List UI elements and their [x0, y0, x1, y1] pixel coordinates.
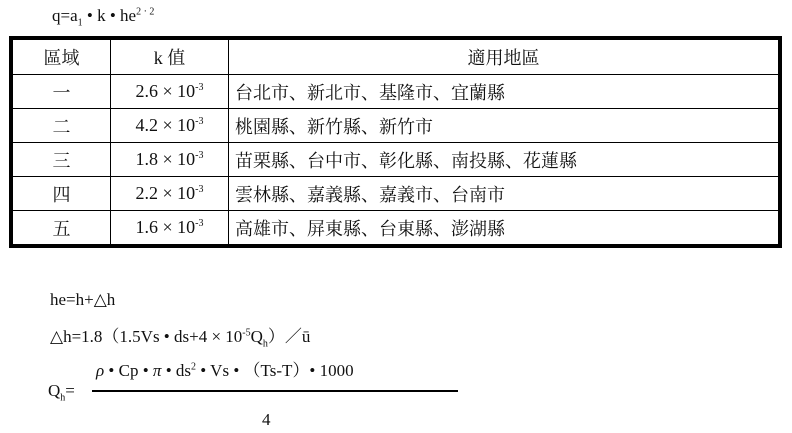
k-mantissa: 4.2 × 10: [136, 115, 196, 135]
cell-areas: 雲林縣、嘉義縣、嘉義市、台南市: [229, 177, 781, 211]
formula-qh-lhs: Qh=: [48, 381, 75, 401]
header-k-value: k 值: [111, 38, 229, 75]
k-mantissa: 2.2 × 10: [136, 183, 196, 203]
formula-q-rest: • k • he: [83, 6, 136, 25]
formula-dh-exponent: -5: [242, 327, 250, 338]
rho-symbol: ρ: [96, 361, 104, 380]
k-exponent: -3: [195, 150, 203, 161]
qh-equals: =: [65, 381, 75, 400]
k-exponent: -3: [195, 82, 203, 93]
cell-areas: 台北市、新北市、基隆市、宜蘭縣: [229, 75, 781, 109]
formula-q: q=a1 • k • he2 · 2: [52, 6, 154, 26]
table-row: 四 2.2 × 10-3 雲林縣、嘉義縣、嘉義市、台南市: [11, 177, 780, 211]
header-region: 區域: [11, 38, 111, 75]
cell-areas: 苗栗縣、台中市、彰化縣、南投縣、花蓮縣: [229, 143, 781, 177]
cell-k-value: 2.2 × 10-3: [111, 177, 229, 211]
table-row: 三 1.8 × 10-3 苗栗縣、台中市、彰化縣、南投縣、花蓮縣: [11, 143, 780, 177]
formula-q-exponent: 2 · 2: [136, 6, 154, 17]
cell-region: 四: [11, 177, 111, 211]
numerator-part-c: • Vs • （Ts-T）• 1000: [196, 361, 354, 380]
cell-region: 一: [11, 75, 111, 109]
formula-dh-q: Q: [251, 327, 263, 346]
k-exponent: -3: [195, 184, 203, 195]
header-areas: 適用地區: [229, 38, 781, 75]
formula-dh-part3: ）／ū: [268, 327, 311, 346]
k-exponent: -3: [195, 218, 203, 229]
cell-region: 五: [11, 211, 111, 247]
formula-he: he=h+△h: [50, 290, 115, 310]
cell-region: 三: [11, 143, 111, 177]
cell-k-value: 4.2 × 10-3: [111, 109, 229, 143]
qh-symbol: Q: [48, 381, 60, 400]
table-row: 一 2.6 × 10-3 台北市、新北市、基隆市、宜蘭縣: [11, 75, 780, 109]
cell-region: 二: [11, 109, 111, 143]
cell-areas: 桃園縣、新竹縣、新竹市: [229, 109, 781, 143]
k-value-table: 區域 k 值 適用地區 一 2.6 × 10-3 台北市、新北市、基隆市、宜蘭縣…: [9, 36, 782, 248]
fraction-line: [92, 390, 458, 392]
formula-qh-denominator: 4: [262, 410, 271, 430]
k-mantissa: 2.6 × 10: [136, 81, 196, 101]
numerator-part-b: • ds: [161, 361, 191, 380]
formula-q-lhs: q=a: [52, 6, 78, 25]
table-header-row: 區域 k 值 適用地區: [11, 38, 780, 75]
k-mantissa: 1.8 × 10: [136, 149, 196, 169]
formula-qh-numerator: ρ • Cp • π • ds2 • Vs • （Ts-T）• 1000: [96, 356, 354, 381]
k-mantissa: 1.6 × 10: [136, 217, 196, 237]
cell-k-value: 1.8 × 10-3: [111, 143, 229, 177]
k-exponent: -3: [195, 116, 203, 127]
formula-dh-part1: △h=1.8（1.5Vs • ds+4 × 10: [50, 327, 242, 346]
cell-k-value: 1.6 × 10-3: [111, 211, 229, 247]
formula-delta-h: △h=1.8（1.5Vs • ds+4 × 10-5Qh）／ū: [50, 322, 310, 347]
cell-k-value: 2.6 × 10-3: [111, 75, 229, 109]
cell-areas: 高雄市、屏東縣、台東縣、澎湖縣: [229, 211, 781, 247]
numerator-part-a: • Cp •: [104, 361, 153, 380]
table-row: 五 1.6 × 10-3 高雄市、屏東縣、台東縣、澎湖縣: [11, 211, 780, 247]
table-row: 二 4.2 × 10-3 桃園縣、新竹縣、新竹市: [11, 109, 780, 143]
